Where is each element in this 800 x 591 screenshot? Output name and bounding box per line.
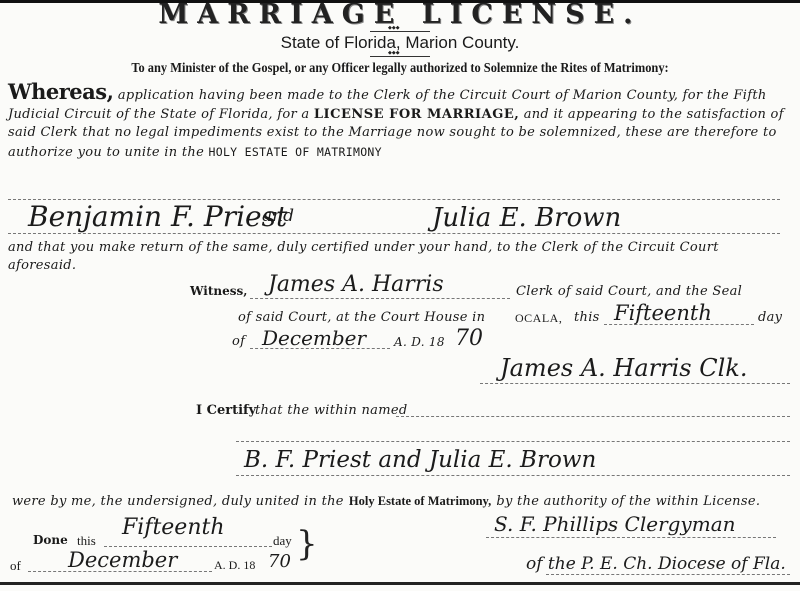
done-this-label: this <box>77 533 96 549</box>
signature-line <box>480 383 790 384</box>
brace-ornament: } <box>296 527 318 561</box>
certificate-statement: were by me, the undersigned, duly united… <box>12 490 760 509</box>
place-ocala: OCALA, <box>515 311 562 326</box>
blank-line <box>236 475 790 476</box>
document-title: MARRIAGE LICENSE. <box>0 0 800 30</box>
witness-text-1: Clerk of said Court, and the Seal <box>516 284 742 299</box>
clerk-signature[interactable]: James A. Harris Clk. <box>500 354 747 382</box>
done-of-label: of <box>10 558 21 574</box>
witness-day-label: day <box>758 310 782 325</box>
witness-ad-label: A. D. 18 <box>394 335 445 349</box>
officiant-affiliation[interactable]: of the P. E. Ch. Diocese of Fla. <box>526 554 786 574</box>
blank-line <box>104 546 272 547</box>
preamble-paragraph: Whereas, application having been made to… <box>8 83 794 162</box>
done-day-field[interactable]: Fifteenth <box>122 515 225 540</box>
done-month-field[interactable]: December <box>68 548 177 572</box>
done-day-label: day <box>273 533 292 549</box>
statement-italic-2: by the authority of the within License. <box>496 494 760 509</box>
signature-line <box>486 537 776 538</box>
blank-line <box>8 233 780 234</box>
witness-month-field[interactable]: December <box>262 326 366 350</box>
blank-line <box>396 416 790 417</box>
bottom-border <box>0 582 800 585</box>
whereas-heading: Whereas, <box>8 79 113 104</box>
address-line: To any Minister of the Gospel, or any Of… <box>32 60 768 76</box>
certify-label: I Certify <box>196 403 256 418</box>
statement-italic-1: were by me, the undersigned, duly united… <box>12 494 344 509</box>
blank-line <box>250 298 510 299</box>
blank-line <box>236 441 790 442</box>
groom-name-field[interactable]: Benjamin F. Priest <box>28 200 287 233</box>
witness-of-label: of <box>232 334 245 349</box>
officiant-signature[interactable]: S. F. Phillips Clergyman <box>494 512 736 536</box>
clerk-name-field[interactable]: James A. Harris <box>268 272 444 297</box>
statement-holy-estate: Holy Estate of Matrimony, <box>349 494 491 508</box>
license-phrase: LICENSE FOR MARRIAGE, <box>314 107 519 122</box>
witness-label: Witness, <box>190 284 247 298</box>
witness-year-field[interactable]: 70 <box>455 326 483 351</box>
certified-couple-field[interactable]: B. F. Priest and Julia E. Brown <box>244 447 596 473</box>
witness-text-3: this <box>574 310 600 325</box>
certify-text: that the within named <box>255 403 407 418</box>
done-label: Done <box>33 533 68 547</box>
ornament-divider <box>370 31 430 32</box>
return-clause-line-2: aforesaid. <box>8 258 76 273</box>
witness-text-2: of said Court, at the Court House in <box>238 310 485 325</box>
bride-name-field[interactable]: Julia E. Brown <box>432 203 621 233</box>
witness-day-field[interactable]: Fifteenth <box>614 301 712 325</box>
return-clause-line-1: and that you make return of the same, du… <box>8 240 719 255</box>
ornament-divider <box>370 56 430 57</box>
jurisdiction-subtitle: State of Florida, Marion County. <box>0 33 800 53</box>
conjunction-and: and <box>262 206 294 226</box>
done-ad-label: A. D. 18 <box>214 558 255 573</box>
holy-estate-phrase: HOLY ESTATE OF MATRIMONY <box>209 145 382 159</box>
done-year-field[interactable]: 70 <box>268 551 291 572</box>
signature-line <box>546 574 790 575</box>
